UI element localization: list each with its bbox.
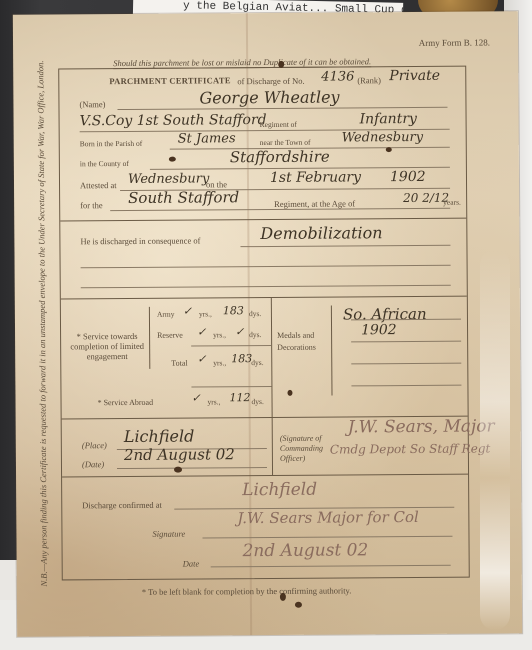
total-years: ✓	[197, 352, 206, 365]
ink-stain	[278, 61, 284, 68]
place-label: (Place)	[82, 440, 107, 450]
reserve-label: Reserve	[157, 331, 183, 340]
abroad-days: 112	[229, 391, 250, 404]
attested-label: Attested at	[80, 180, 117, 190]
total-label: Total	[171, 359, 187, 368]
dys-label: dys.	[251, 358, 263, 367]
attested-place: Wednesbury	[128, 171, 209, 187]
yrs-label: yrs.,	[213, 330, 226, 339]
parchment-certificate: Army Form B. 128. Should this parchment …	[13, 11, 522, 637]
attested-date: 1st February	[270, 169, 361, 186]
confirmed-at-label: Discharge confirmed at	[82, 500, 162, 511]
soldier-name: George Wheatley	[199, 87, 339, 107]
name-label: (Name)	[79, 99, 105, 109]
ink-stain	[386, 147, 392, 152]
ink-stain	[295, 602, 302, 608]
county-label: in the County of	[80, 159, 129, 168]
certificate-title: PARCHMENT CERTIFICATE	[109, 75, 231, 86]
parish-value: St James	[178, 131, 236, 146]
service-towards-label: * Service towards completion of limited …	[67, 331, 147, 362]
born-label: Born in the Parish of	[80, 139, 143, 148]
yrs-label: yrs.,	[208, 397, 221, 406]
total-days: 183	[231, 352, 252, 365]
medals-year: 1902	[361, 322, 397, 338]
certificate-box: PARCHMENT CERTIFICATE of Discharge of No…	[58, 66, 470, 581]
unit-value: V.S.Coy 1st South Stafford	[80, 112, 267, 129]
years-label: years.	[443, 198, 461, 207]
place-value: Lichfield	[124, 427, 195, 446]
army-days: 183	[223, 304, 244, 317]
confirm-signature-label: Signature	[152, 529, 185, 539]
rank-label: (Rank)	[357, 75, 381, 85]
ink-stain	[174, 467, 182, 473]
confirmed-place: Lichfield	[242, 480, 317, 501]
near-town-label: near the Town of	[260, 138, 311, 147]
county-value: Staffordshire	[230, 148, 330, 167]
discharge-reason-label: He is discharged in consequence of	[80, 235, 200, 246]
regiment-of-label: Regiment of	[260, 120, 297, 129]
ink-stain	[287, 390, 292, 396]
town-value: Wednesbury	[342, 130, 423, 146]
confirm-date: 2nd August 02	[243, 540, 369, 561]
ink-stain	[280, 593, 286, 601]
discharge-reason: Demobilization	[260, 223, 382, 243]
service-abroad-label: * Service Abroad	[98, 398, 154, 407]
reserve-days: ✓	[235, 325, 244, 338]
dys-label: dys.	[249, 330, 261, 339]
medals-label: Medals and Decorations	[277, 330, 333, 354]
army-label: Army	[157, 310, 175, 319]
co-signature: J.W. Sears, Major	[348, 416, 495, 437]
medals-value: So. African	[343, 305, 427, 324]
plastic-sleeve-glare	[480, 250, 510, 630]
date-value: 2nd August 02	[124, 445, 235, 464]
abroad-years: ✓	[191, 391, 200, 404]
for-regiment: South Stafford	[128, 188, 239, 207]
regimental-number: 4136	[321, 69, 354, 84]
ink-stain	[169, 157, 176, 162]
attested-year: 1902	[390, 169, 426, 185]
yrs-label: yrs.,	[199, 309, 212, 318]
footnote: * To be left blank for completion by the…	[142, 585, 352, 596]
confirm-signature: J.W. Sears Major for Col	[237, 508, 419, 527]
army-years: ✓	[183, 305, 192, 318]
dys-label: dys.	[252, 397, 264, 406]
reserve-years: ✓	[197, 325, 206, 338]
side-note: N.B.—Any person finding this Certificate…	[35, 67, 49, 587]
for-the-label: for the	[80, 200, 102, 210]
discharge-no-label: of Discharge of No.	[237, 76, 304, 86]
confirm-date-label: Date	[183, 558, 200, 568]
date-label: (Date)	[82, 459, 104, 469]
army-form-number: Army Form B. 128.	[419, 37, 490, 47]
age-label: Regiment, at the Age of	[274, 198, 355, 209]
yrs-label: yrs.,	[213, 358, 226, 367]
co-signature-line2: Cmdg Depot So Staff Regt	[330, 441, 491, 456]
dys-label: dys.	[249, 309, 261, 318]
rank-value: Private	[389, 68, 440, 84]
regiment-type: Infantry	[360, 111, 417, 127]
